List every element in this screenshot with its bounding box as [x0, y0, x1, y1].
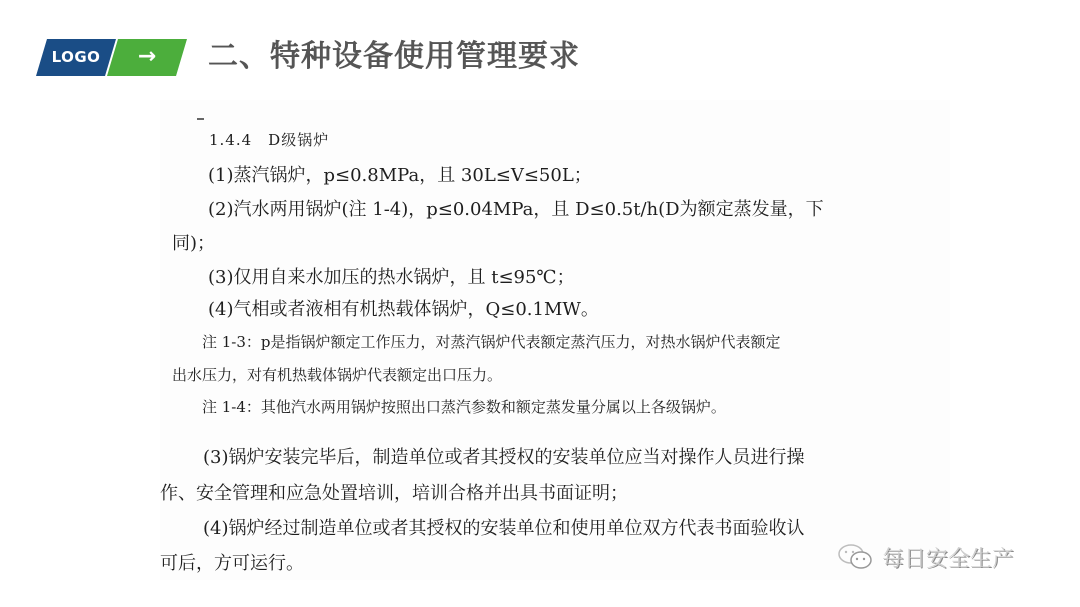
watermark: 每日安全生产 — [836, 540, 1014, 574]
paragraph-4-cont: 可后，方可运行。 — [160, 549, 304, 575]
page-title: 二、特种设备使用管理要求 — [208, 34, 580, 80]
scan-mark — [197, 118, 204, 120]
logo: LOGO — [36, 39, 116, 76]
section-heading: 1.4.4 D级锅炉 — [209, 129, 329, 150]
item-3: (3)仅用自来水加压的热水锅炉，且 t≤95℃； — [208, 263, 575, 289]
slide-header: LOGO → 二、特种设备使用管理要求 — [0, 0, 1080, 100]
note-1-4: 注 1-4：其他汽水两用锅炉按照出口蒸汽参数和额定蒸发量分属以上各级锅炉。 — [202, 396, 726, 417]
wechat-icon — [836, 542, 876, 572]
arrow-right-icon: → — [107, 39, 187, 76]
paragraph-4: (4)锅炉经过制造单位或者其授权的安装单位和使用单位双方代表书面验收认 — [203, 514, 805, 540]
item-2-cont: 同)； — [172, 229, 215, 255]
item-1: (1)蒸汽锅炉，p≤0.8MPa，且 30L≤V≤50L； — [208, 161, 592, 187]
item-2: (2)汽水两用锅炉(注 1-4)，p≤0.04MPa，且 D≤0.5t/h(D为… — [208, 195, 824, 221]
paragraph-3-cont: 作、安全管理和应急处置培训，培训合格并出具书面证明； — [160, 479, 628, 505]
note-1-3: 注 1-3：p是指锅炉额定工作压力，对蒸汽锅炉代表额定蒸汽压力，对热水锅炉代表额… — [202, 331, 781, 352]
item-4: (4)气相或者液相有机热载体锅炉，Q≤0.1MW。 — [208, 295, 599, 321]
note-1-3-cont: 出水压力，对有机热载体锅炉代表额定出口压力。 — [172, 364, 502, 385]
watermark-text: 每日安全生产 — [882, 542, 1014, 573]
paragraph-3: (3)锅炉安装完毕后，制造单位或者其授权的安装单位应当对操作人员进行操 — [203, 443, 805, 469]
